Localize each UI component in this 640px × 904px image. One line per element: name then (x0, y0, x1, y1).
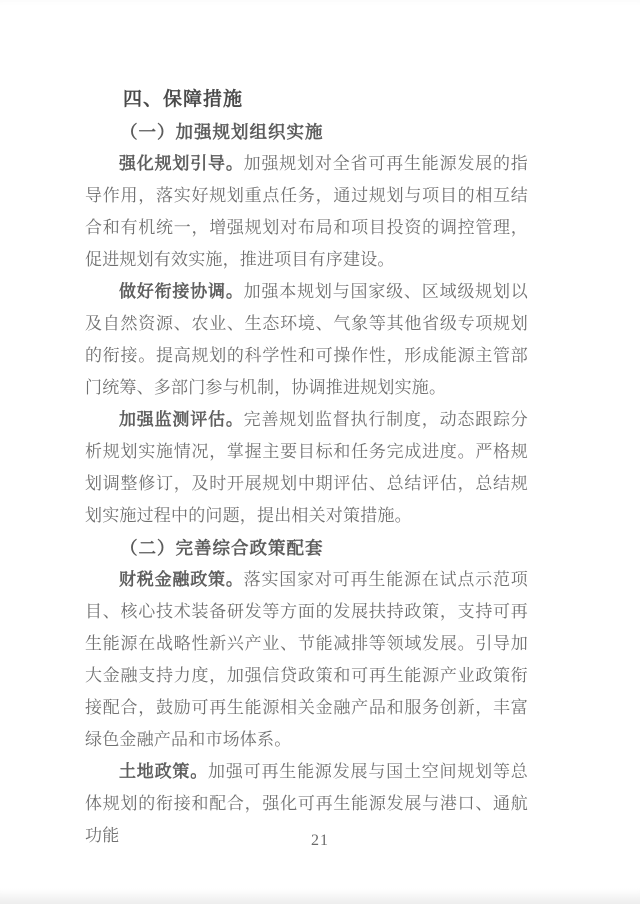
paragraph-lead: 做好衔接协调。 (119, 282, 244, 301)
document-content: 四、保障措施 （一）加强规划组织实施强化规划引导。加强规划对全省可再生能源发展的… (85, 84, 528, 852)
sub-heading: （一）加强规划组织实施 (85, 116, 528, 148)
paragraph: 做好衔接协调。加强本规划与国家级、区域级规划以及自然资源、农业、生态环境、气象等… (85, 276, 528, 404)
paragraph: 加强监测评估。完善规划监督执行制度，动态跟踪分析规划实施情况，掌握主要目标和任务… (85, 404, 528, 532)
page-number: 21 (311, 832, 329, 849)
document-body: （一）加强规划组织实施强化规划引导。加强规划对全省可再生能源发展的指导作用，落实… (85, 116, 528, 852)
paragraph: 财税金融政策。落实国家对可再生能源在试点示范项目、核心技术装备研发等方面的发展扶… (85, 564, 528, 756)
scanned-document-page: 四、保障措施 （一）加强规划组织实施强化规划引导。加强规划对全省可再生能源发展的… (0, 0, 640, 904)
paragraph-lead: 土地政策。 (119, 762, 208, 781)
paragraph-lead: 加强监测评估。 (119, 410, 244, 429)
page-footer: 21 (0, 832, 640, 850)
paragraph: 强化规划引导。加强规划对全省可再生能源发展的指导作用，落实好规划重点任务，通过规… (85, 148, 528, 276)
paragraph-lead: 强化规划引导。 (119, 154, 244, 173)
section-heading: 四、保障措施 (123, 84, 528, 116)
sub-heading: （二）完善综合政策配套 (85, 532, 528, 564)
paragraph-lead: 财税金融政策。 (119, 570, 244, 589)
scan-edge-artifact (0, 888, 640, 904)
